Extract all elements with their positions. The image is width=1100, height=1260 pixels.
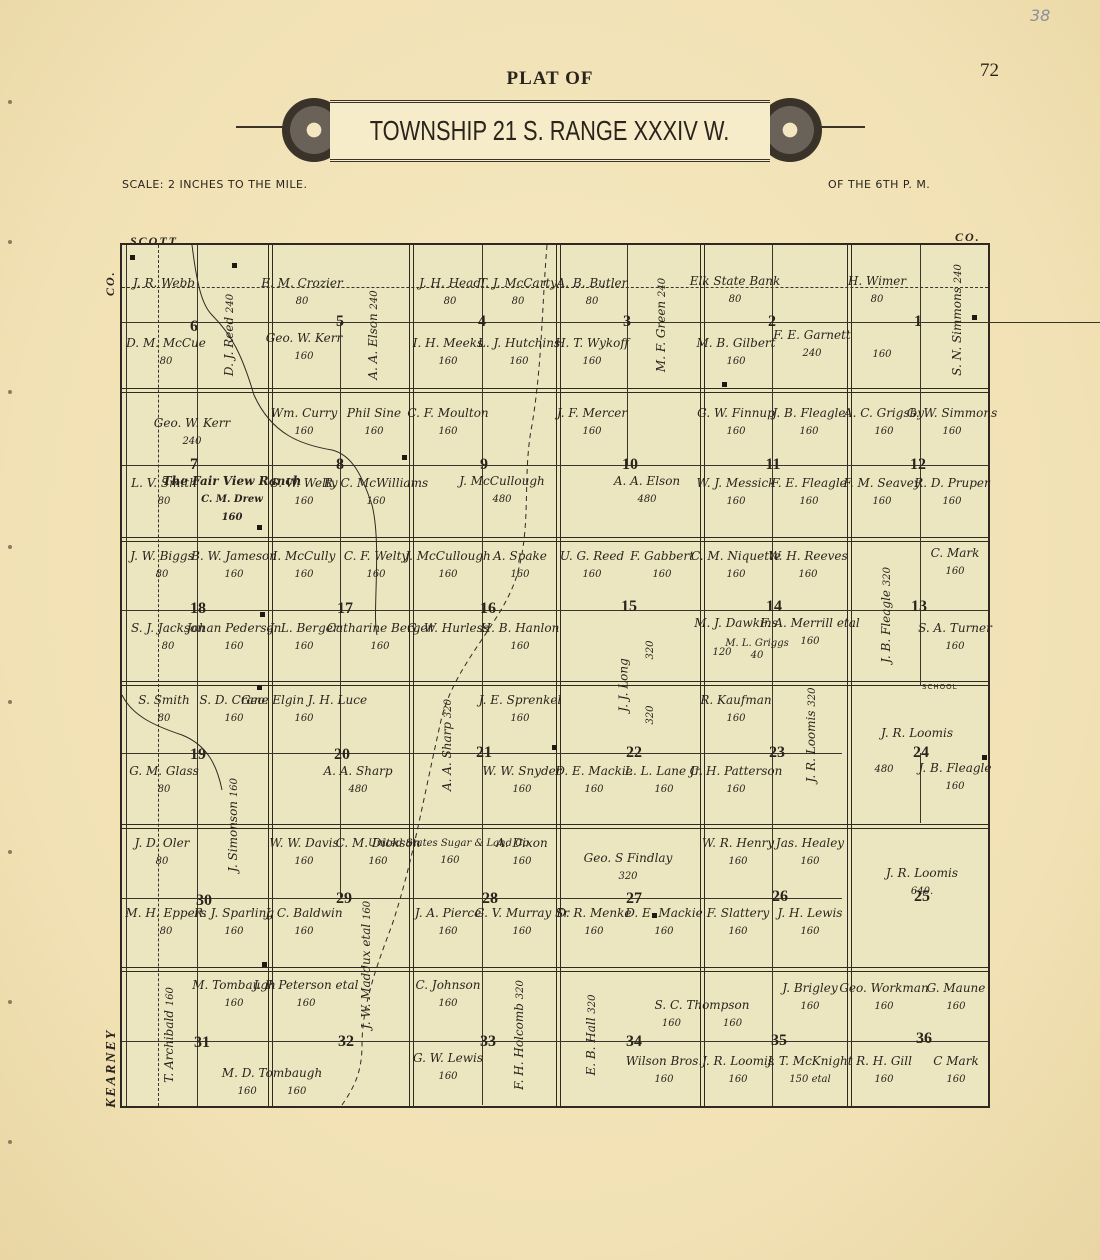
binding-hole: [8, 100, 12, 104]
binding-hole: [8, 700, 12, 704]
pencil-page-number: 38: [1030, 6, 1050, 25]
title-banner: TOWNSHIP 21 S. RANGE XXXIV W.: [330, 100, 770, 162]
binding-hole: [8, 1000, 12, 1004]
binding-hole: [8, 850, 12, 854]
county-label-co-west: CO.: [103, 270, 118, 296]
binding-hole: [8, 1140, 12, 1144]
binding-hole: [8, 545, 12, 549]
binding-hole: [8, 240, 12, 244]
township-plat-map: 1 2 3 4 5 6 7 8 9 10 11 12 13 14 15 16 1…: [120, 243, 990, 1108]
meridian-label: OF THE 6TH P. M.: [828, 178, 930, 191]
county-label-kearney: KEARNEY: [104, 1029, 120, 1108]
creek-line: [122, 245, 988, 1106]
page-title: TOWNSHIP 21 S. RANGE XXXIV W.: [370, 115, 730, 147]
plat-of-heading: PLAT OF: [0, 68, 1100, 90]
scale-label: SCALE: 2 INCHES TO THE MILE.: [122, 178, 307, 191]
binding-hole: [8, 390, 12, 394]
